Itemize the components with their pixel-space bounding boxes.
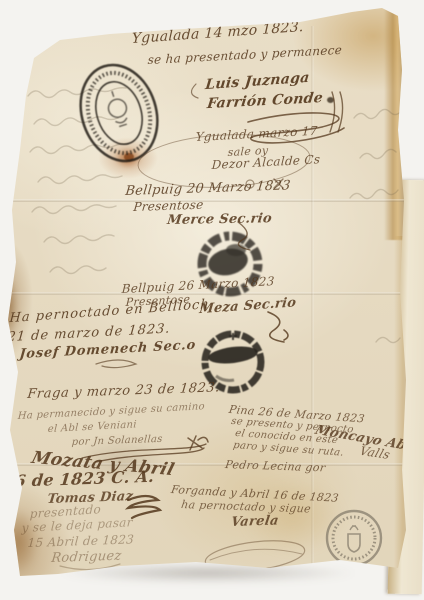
manuscript-page: Ygualada 14 mzo 1823. se ha presentado y… <box>0 0 424 600</box>
document-photo: Ygualada 14 mzo 1823. se ha presentado y… <box>0 0 424 600</box>
ink-flourishes <box>0 0 424 600</box>
